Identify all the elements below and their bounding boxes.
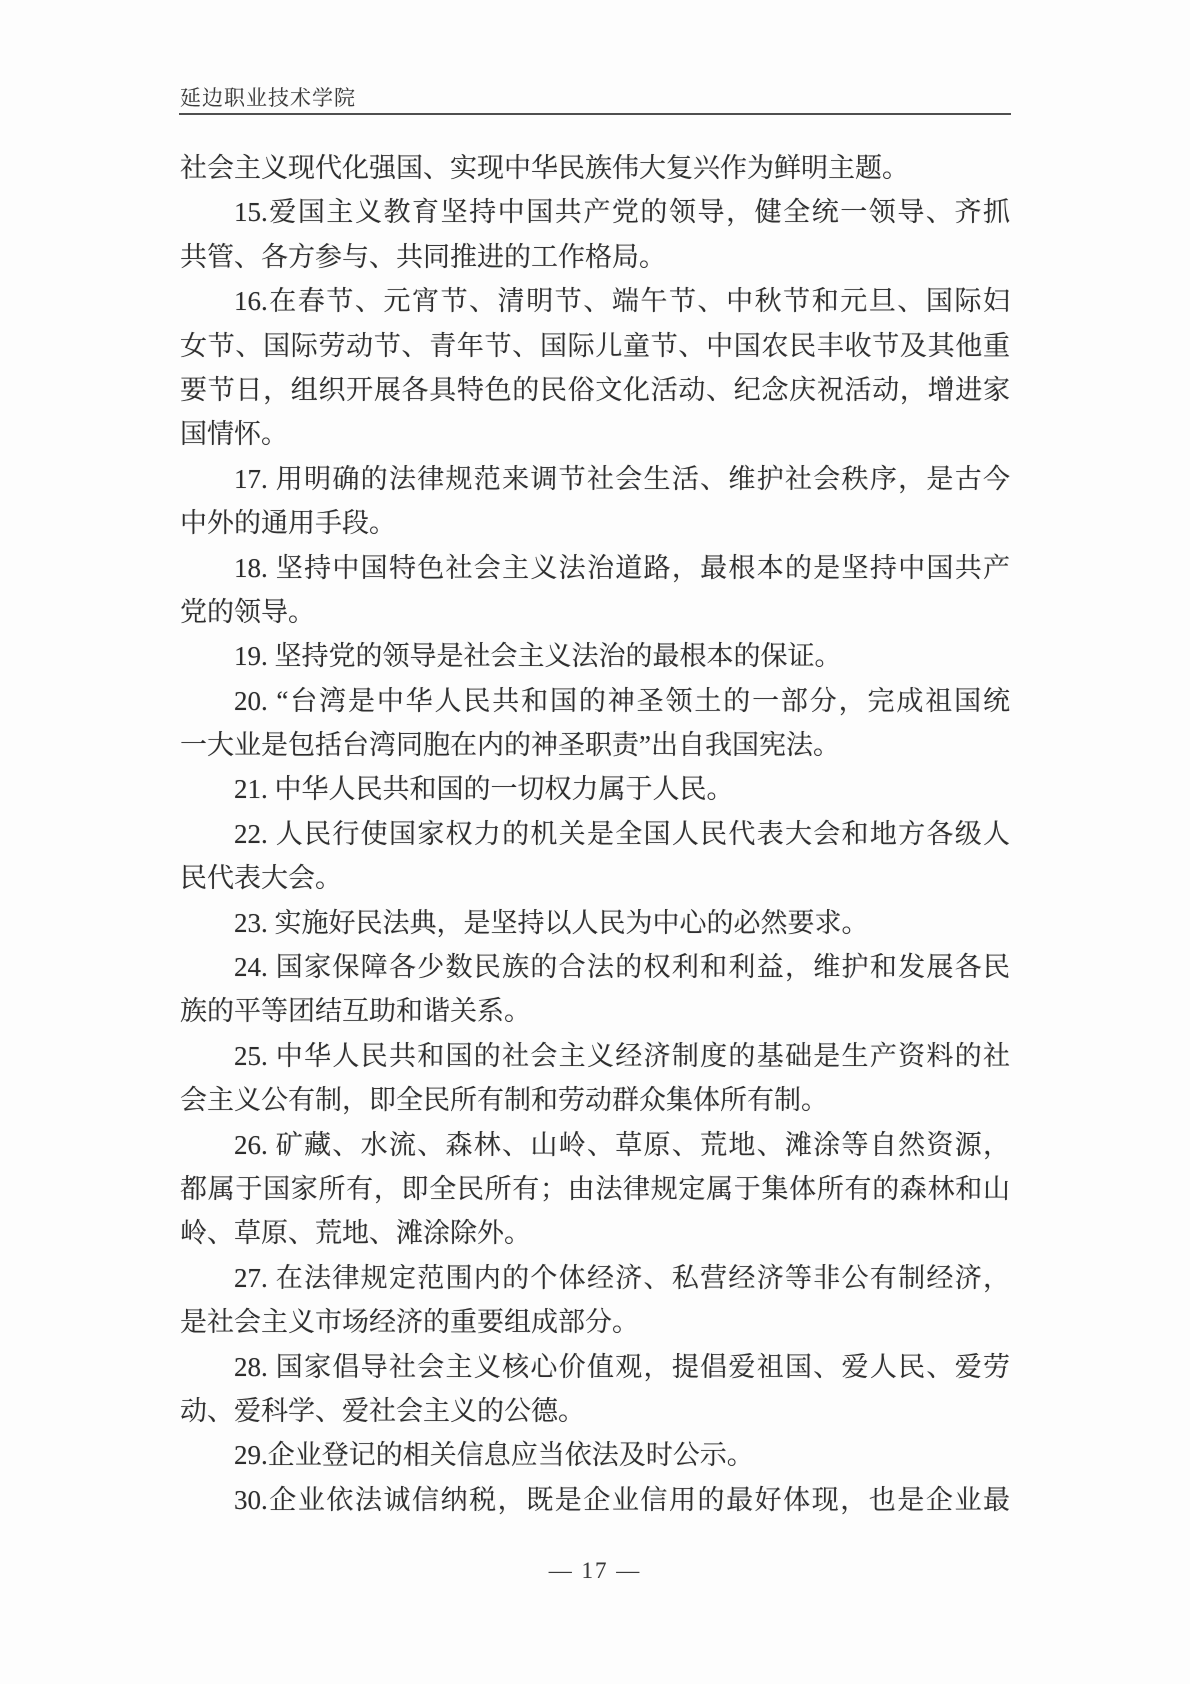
body-line: 16.在春节、元宵节、清明节、端午节、中秋节和元旦、国际妇 (180, 279, 1010, 323)
body-line: 22. 人民行使国家权力的机关是全国人民代表大会和地方各级人 (180, 812, 1010, 856)
body-line: 28. 国家倡导社会主义核心价值观，提倡爱祖国、爱人民、爱劳 (180, 1345, 1010, 1389)
body-line: 20. “台湾是中华人民共和国的神圣领土的一部分，完成祖国统 (180, 679, 1010, 723)
body-line: 岭、草原、荒地、滩涂除外。 (180, 1211, 1010, 1255)
body-line: 26. 矿藏、水流、森林、山岭、草原、荒地、滩涂等自然资源， (180, 1123, 1010, 1167)
body-line: 23. 实施好民法典，是坚持以人民为中心的必然要求。 (180, 901, 1010, 945)
page-header-school-name: 延边职业技术学院 (180, 82, 1012, 112)
body-line: 17. 用明确的法律规范来调节社会生活、维护社会秩序，是古今 (180, 457, 1010, 501)
body-line: 民代表大会。 (180, 856, 1010, 900)
document-page: 延边职业技术学院 社会主义现代化强国、实现中华民族伟大复兴作为鲜明主题。15.爱… (0, 0, 1190, 1684)
document-body: 社会主义现代化强国、实现中华民族伟大复兴作为鲜明主题。15.爱国主义教育坚持中国… (180, 146, 1010, 1522)
body-line: 18. 坚持中国特色社会主义法治道路，最根本的是坚持中国共产 (180, 546, 1010, 590)
header-rule (179, 113, 1011, 115)
body-line: 21. 中华人民共和国的一切权力属于人民。 (180, 767, 1010, 811)
body-line: 25. 中华人民共和国的社会主义经济制度的基础是生产资料的社 (180, 1034, 1010, 1078)
body-line: 是社会主义市场经济的重要组成部分。 (180, 1300, 1010, 1344)
body-line: 社会主义现代化强国、实现中华民族伟大复兴作为鲜明主题。 (180, 146, 1010, 190)
body-line: 24. 国家保障各少数民族的合法的权利和利益，维护和发展各民 (180, 945, 1010, 989)
body-line: 会主义公有制，即全民所有制和劳动群众集体所有制。 (180, 1078, 1010, 1122)
body-line: 15.爱国主义教育坚持中国共产党的领导，健全统一领导、齐抓 (180, 190, 1010, 234)
body-line: 族的平等团结互助和谐关系。 (180, 989, 1010, 1033)
body-line: 国情怀。 (180, 412, 1010, 456)
body-line: 共管、各方参与、共同推进的工作格局。 (180, 235, 1010, 279)
body-line: 都属于国家所有，即全民所有；由法律规定属于集体所有的森林和山 (180, 1167, 1010, 1211)
body-line: 29.企业登记的相关信息应当依法及时公示。 (180, 1433, 1010, 1477)
body-line: 动、爱科学、爱社会主义的公德。 (180, 1389, 1010, 1433)
body-line: 30.企业依法诚信纳税，既是企业信用的最好体现，也是企业最 (180, 1478, 1010, 1522)
body-line: 中外的通用手段。 (180, 501, 1010, 545)
page-number: — 17 — (0, 1558, 1190, 1584)
body-line: 党的领导。 (180, 590, 1010, 634)
body-line: 一大业是包括台湾同胞在内的神圣职责”出自我国宪法。 (180, 723, 1010, 767)
body-line: 19. 坚持党的领导是社会主义法治的最根本的保证。 (180, 634, 1010, 678)
body-line: 27. 在法律规定范围内的个体经济、私营经济等非公有制经济， (180, 1256, 1010, 1300)
body-line: 要节日，组织开展各具特色的民俗文化活动、纪念庆祝活动，增进家 (180, 368, 1010, 412)
body-line: 女节、国际劳动节、青年节、国际儿童节、中国农民丰收节及其他重 (180, 324, 1010, 368)
